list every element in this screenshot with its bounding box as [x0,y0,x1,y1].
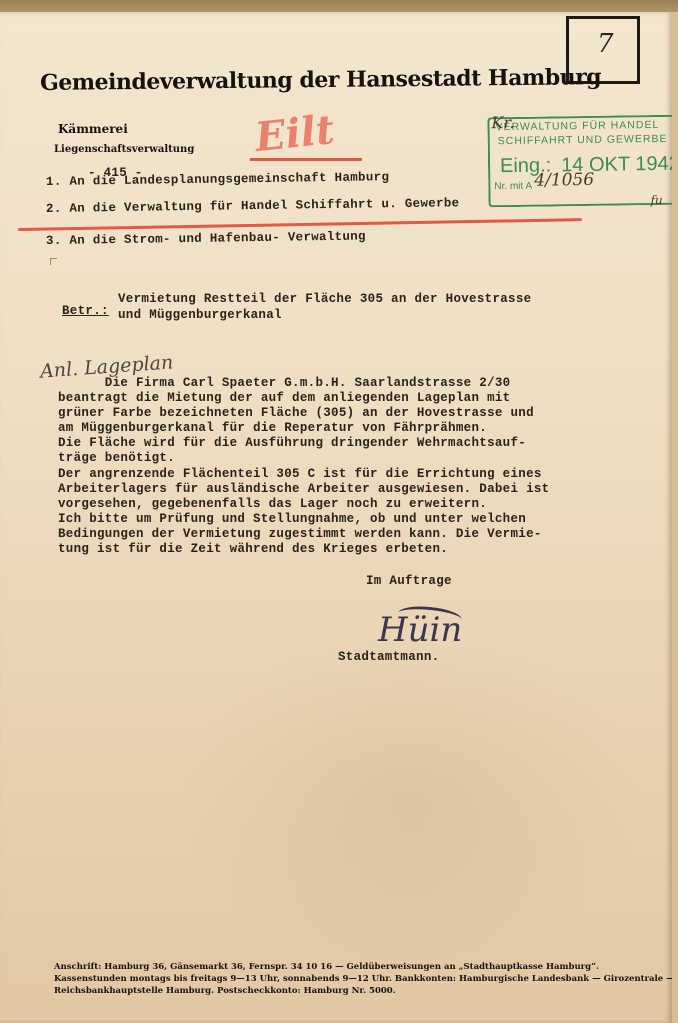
body-line: beantragt die Mietung der auf dem anlieg… [58,391,510,405]
department-label: Kämmerei [58,122,128,136]
closing-phrase: Im Auftrage [366,574,452,588]
body-line: am Müggenburgerkanal für die Reperatur v… [58,421,487,435]
body-line: Die Fläche wird für die Ausführung dring… [58,436,526,450]
signature: Hüin [378,610,462,650]
paper-shadow [180,632,640,972]
body-line: vorgesehen, gegebenenfalls das Lager noc… [58,497,487,511]
body-line: Der angrenzende Flächenteil 305 C ist fü… [58,467,542,481]
subject-label: Betr.: [62,304,109,318]
stamp-handwriting-initials: fu [650,193,662,207]
margin-mark [50,258,57,265]
page-number: 7 [597,29,614,59]
subject-line-2: und Müggenburgerkanal [118,308,282,322]
body-line: Bedingungen der Vermietung zugestimmt we… [58,527,542,541]
received-stamp: VERWALTUNG FÜR HANDEL SCHIFFAHRT UND GEW… [487,115,678,208]
recipient-2: 2. An die Verwaltung für Handel Schiffah… [46,196,460,216]
body-line: Arbeiterlagers für ausländische Arbeiter… [58,482,549,496]
footer-line-2: Kassenstunden montags bis freitags 9—13 … [54,974,675,984]
stamp-handwriting-top: Kr. [491,113,514,132]
stamp-line-2: SCHIFFAHRT UND GEWERBE [498,133,668,147]
page-edge [672,12,678,1023]
body-line: Ich bitte um Prüfung und Stellungnahme, … [58,512,526,526]
sub-department-label: Liegenschaftsverwaltung [54,144,194,155]
stamp-line-4: Nr. mit A [494,181,532,193]
urgent-underline [250,158,362,161]
body-line: Die Firma Carl Spaeter G.m.b.H. Saarland… [58,376,510,390]
stamp-line-1: VERWALTUNG FÜR HANDEL [495,119,659,133]
subject-line-1: Vermietung Restteil der Fläche 305 an de… [118,292,531,306]
recipient-3: 3. An die Strom- und Hafenbau- Verwaltun… [46,230,366,248]
urgent-annotation: Eilt [253,106,337,161]
recipient-2-red-underline [18,218,582,231]
footer-line-3: Reichsbankhauptstelle Hamburg. Postschec… [54,986,396,996]
body-line: träge benötigt. [58,451,175,465]
footer-line-1: Anschrift: Hamburg 36, Gänsemarkt 36, Fe… [54,962,599,972]
document-page: 7 Gemeindeverwaltung der Hansestadt Hamb… [0,12,672,1023]
body-line: grüner Farbe bezeichneten Fläche (305) a… [58,406,534,420]
letterhead-title: Gemeindeverwaltung der Hansestadt Hambur… [40,64,601,96]
body-line: tung ist für die Zeit während des Kriege… [58,542,448,556]
signatory-title: Stadtamtmann. [338,650,439,664]
stamp-handwriting-ref: 4/1056 [534,170,594,191]
